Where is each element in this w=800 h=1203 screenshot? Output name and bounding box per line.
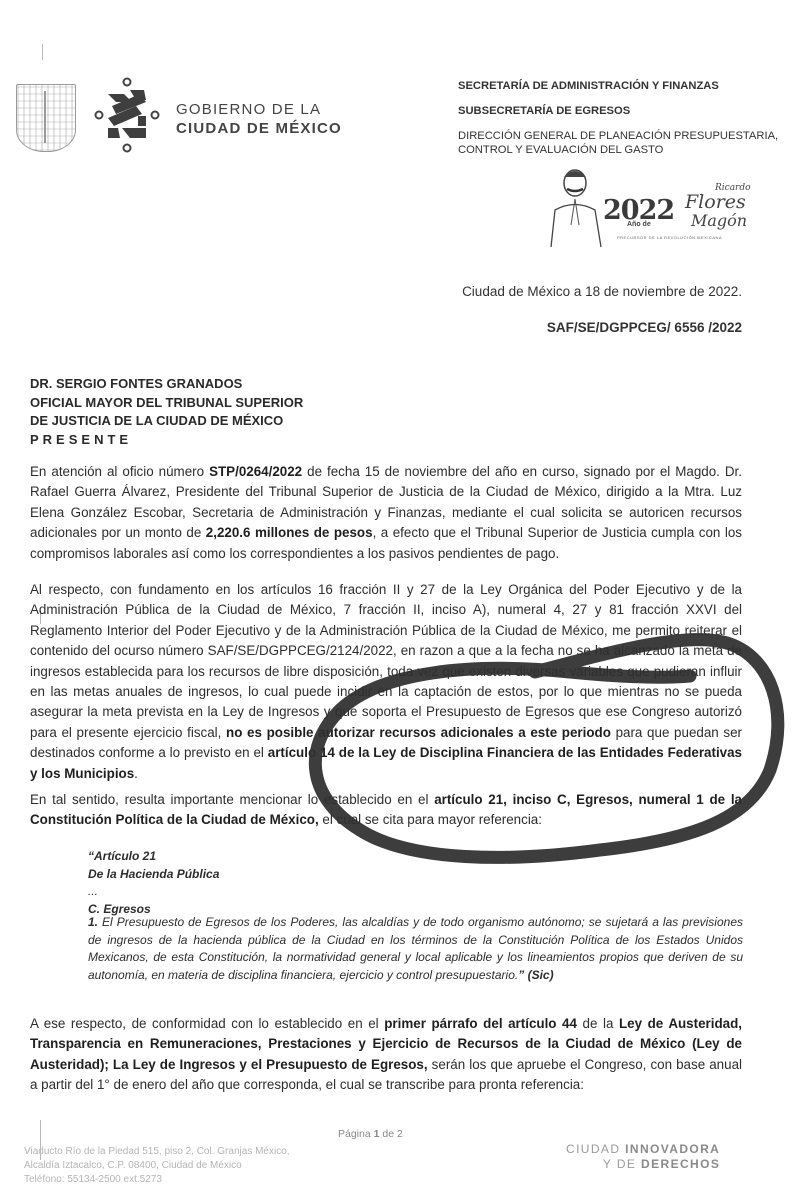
quote-sic: ” (Sic) [518, 968, 553, 982]
department-block: SECRETARÍA DE ADMINISTRACIÓN Y FINANZAS … [458, 79, 778, 157]
addressee-presente: PRESENTE [30, 431, 303, 450]
addressee-name: DR. SERGIO FONTES GRANADOS [30, 375, 303, 394]
cdmx-interlaced-logo-icon [94, 76, 160, 154]
text-run: Al respecto, con fundamento en los artíc… [30, 582, 742, 740]
address-line2: Alcaldía Iztacalco, C.P. 08400, Ciudad d… [24, 1159, 290, 1173]
paragraph-constitution: En tal sentido, resulta importante menci… [30, 790, 742, 831]
addressee-block: DR. SERGIO FONTES GRANADOS OFICIAL MAYOR… [30, 375, 303, 449]
quote-body: 1. El Presupuesto de Egresos de los Pode… [88, 914, 743, 984]
requested-amount: 2,220.6 millones de pesos [206, 525, 373, 540]
quote-numeral: 1. [88, 915, 98, 929]
subsecretaria: SUBSECRETARÍA DE EGRESOS [458, 104, 778, 118]
slogan-bold: DERECHOS [641, 1157, 720, 1171]
page-label: Página [338, 1128, 371, 1140]
page-total: 2 [397, 1128, 403, 1140]
anniversary-logo: 2022 Año de Ricardo Flores Magón PRECURS… [545, 165, 745, 250]
paragraph-response: Al respecto, con fundamento en los artíc… [30, 580, 742, 784]
address-line3: Teléfono: 55134-2500 ext.5273 [24, 1173, 290, 1187]
footer-address: Viaducto Río de la Piedad 515, piso 2, C… [24, 1145, 290, 1187]
slogan-light: Y DE [603, 1157, 641, 1171]
addressee-title-line2: DE JUSTICIA DE LA CIUDAD DE MÉXICO [30, 412, 303, 431]
coat-of-arms-icon [16, 84, 76, 152]
anniversary-ano-de: Año de [627, 221, 651, 228]
document-reference: SAF/SE/DGPPCEG/ 6556 /2022 [547, 320, 742, 335]
article-reference: primer párrafo del artículo 44 [384, 1016, 577, 1031]
government-name-line2: CIUDAD DE MÉXICO [176, 119, 342, 138]
office-number: STP/0264/2022 [209, 464, 302, 479]
denial-statement: no es posible autorizar recursos adicion… [226, 725, 611, 740]
quote-article: “Artículo 21 [88, 848, 743, 866]
anniversary-name-bottom: Magón [691, 211, 747, 230]
text-run: A ese respecto, de conformidad con lo es… [30, 1016, 384, 1031]
addressee-title-line1: OFICIAL MAYOR DEL TRIBUNAL SUPERIOR [30, 394, 303, 413]
direccion-line1: DIRECCIÓN GENERAL DE PLANEACIÓN PRESUPUE… [458, 129, 778, 143]
secretaria: SECRETARÍA DE ADMINISTRACIÓN Y FINANZAS [458, 79, 778, 93]
quote-text: El Presupuesto de Egresos de los Poderes… [88, 915, 743, 982]
government-name-line1: GOBIERNO DE LA [176, 100, 342, 119]
direccion-line2: CONTROL Y EVALUACIÓN DEL GASTO [458, 143, 778, 157]
text-run: de la [577, 1016, 619, 1031]
text-run: el cual se cita para mayor referencia: [319, 812, 542, 827]
paragraph-austerity: A ese respecto, de conformidad con lo es… [30, 1014, 742, 1096]
scan-artifact [42, 44, 43, 60]
paragraph-request: En atención al oficio número STP/0264/20… [30, 462, 742, 564]
text-run: En atención al oficio número [30, 464, 209, 479]
page-current: 1 [374, 1128, 380, 1140]
page-of: de [382, 1128, 394, 1140]
quote-chapter: De la Hacienda Pública [88, 866, 743, 884]
ricardo-flores-magon-portrait-icon [545, 165, 605, 250]
text-run: . [134, 766, 138, 781]
text-run: En tal sentido, resulta importante menci… [30, 792, 434, 807]
slogan-bold: INNOVADORA [625, 1142, 720, 1156]
anniversary-name-mid: Flores [685, 191, 746, 213]
page-indicator: Página 1 de 2 [338, 1128, 403, 1140]
government-name: GOBIERNO DE LA CIUDAD DE MÉXICO [176, 100, 342, 138]
quote-ellipsis: ... [88, 883, 743, 901]
anniversary-tagline: PRECURSOR DE LA REVOLUCIÓN MEXICANA [617, 235, 722, 240]
slogan-light: CIUDAD [566, 1142, 625, 1156]
document-date: Ciudad de México a 18 de noviembre de 20… [462, 284, 742, 299]
footer-slogan: CIUDAD INNOVADORA Y DE DERECHOS [566, 1142, 720, 1172]
address-line1: Viaducto Río de la Piedad 515, piso 2, C… [24, 1145, 290, 1159]
quote-heading: “Artículo 21 De la Hacienda Pública ... … [88, 848, 743, 918]
